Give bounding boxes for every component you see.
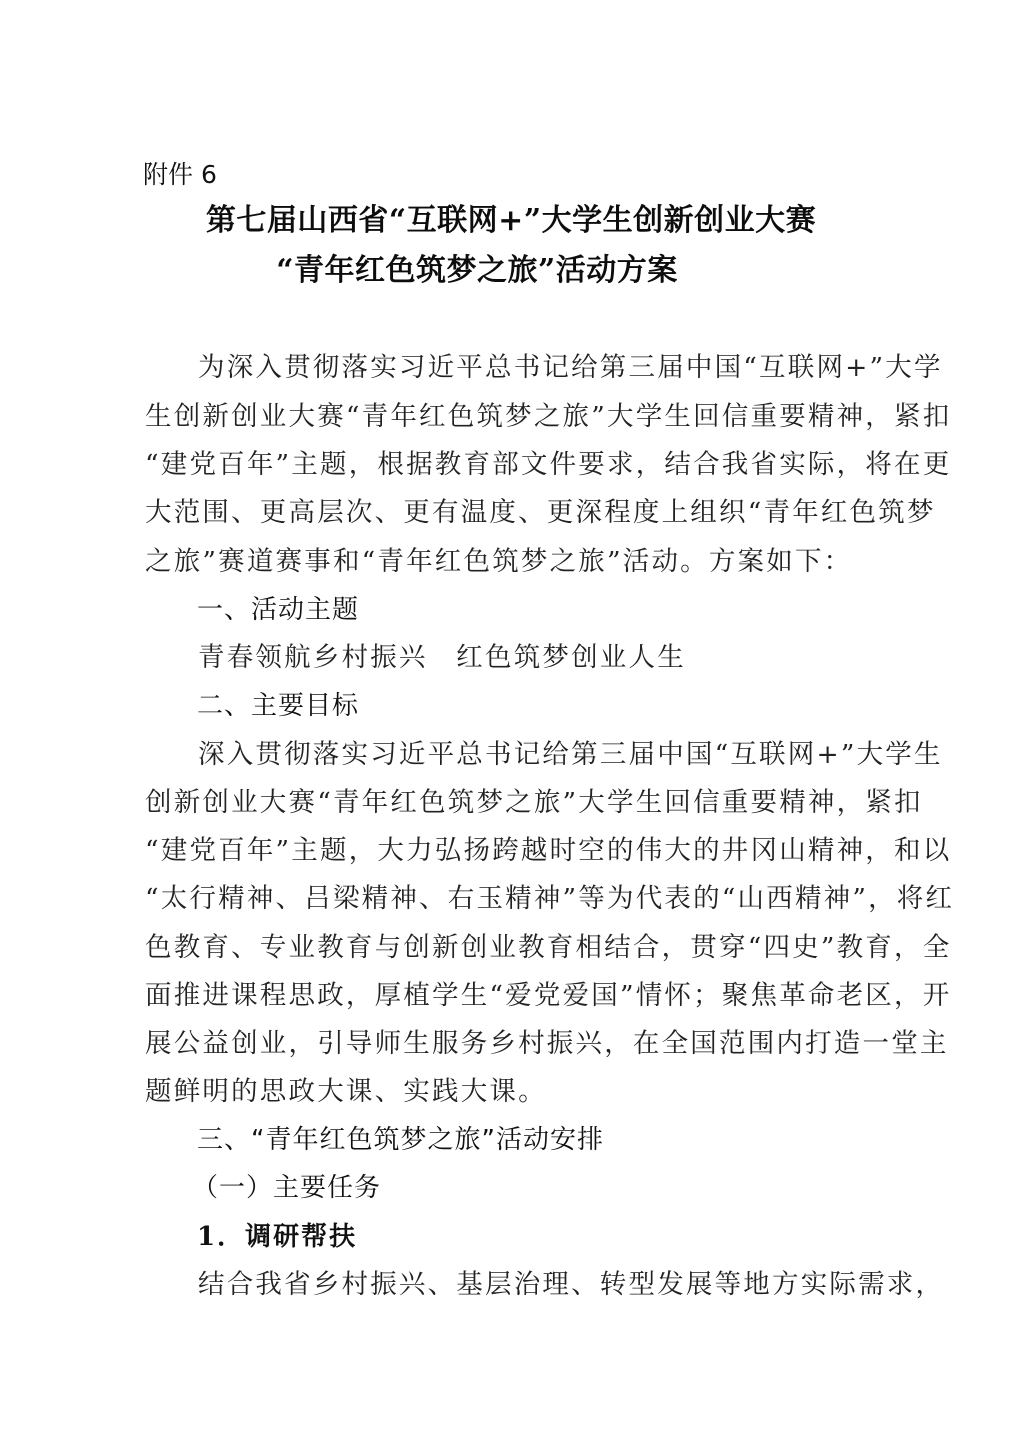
section-2-paragraph-line: 题鲜明的思政大课、实践大课。 bbox=[145, 1079, 547, 1106]
section-2-paragraph-line: 创新创业大赛“青年红色筑梦之旅”大学生回信重要精神，紧扣 bbox=[145, 790, 923, 817]
section-2-paragraph-line: 深入贯彻落实习近平总书记给第三届中国“互联网+”大学生 bbox=[198, 742, 943, 769]
item-1-heading: 1．调研帮扶 bbox=[197, 1224, 357, 1250]
item-1-text: 结合我省乡村振兴、基层治理、转型发展等地方实际需求， bbox=[198, 1272, 944, 1299]
intro-paragraph-line: 生创新创业大赛“青年红色筑梦之旅”大学生回信重要精神，紧扣 bbox=[145, 404, 951, 431]
document-title-line-2: “青年红色筑梦之旅”活动方案 bbox=[0, 256, 989, 286]
intro-paragraph-line: 为深入贯彻落实习近平总书记给第三届中国“互联网+”大学 bbox=[198, 355, 943, 382]
section-2-paragraph-line: 面推进课程思政，厚植学生“爱党爱国”情怀；聚焦革命老区，开 bbox=[145, 983, 951, 1010]
section-3-heading: 三、“青年红色筑梦之旅”活动安排 bbox=[197, 1127, 604, 1153]
attachment-label: 附件 6 bbox=[143, 162, 217, 187]
section-1-heading: 一、活动主题 bbox=[197, 597, 359, 623]
section-2-paragraph-line: 色教育、专业教育与创新创业教育相结合，贯穿“四史”教育，全 bbox=[145, 935, 951, 962]
intro-paragraph-line: 大范围、更高层次、更有温度、更深程度上组织“青年红色筑梦 bbox=[145, 500, 936, 527]
intro-paragraph-line: “建党百年”主题，根据教育部文件要求，结合我省实际，将在更 bbox=[145, 452, 951, 479]
document-page: 附件 6 第七届山西省“互联网+”大学生创新创业大赛 “青年红色筑梦之旅”活动方… bbox=[0, 0, 1024, 1448]
section-1-text: 青春领航乡村振兴 红色筑梦创业人生 bbox=[198, 645, 686, 672]
intro-paragraph-line: 之旅”赛道赛事和“青年红色筑梦之旅”活动。方案如下： bbox=[145, 549, 852, 576]
section-2-paragraph-line: “太行精神、吕梁精神、右玉精神”等为代表的“山西精神”，将红 bbox=[145, 886, 954, 913]
subsection-1-heading: （一）主要任务 bbox=[192, 1175, 381, 1201]
section-2-paragraph-line: “建党百年”主题，大力弘扬跨越时空的伟大的井冈山精神，和以 bbox=[145, 838, 951, 865]
document-title-line-1: 第七届山西省“互联网+”大学生创新创业大赛 bbox=[0, 206, 1023, 236]
section-2-heading: 二、主要目标 bbox=[197, 693, 359, 719]
section-2-paragraph-line: 展公益创业，引导师生服务乡村振兴，在全国范围内打造一堂主 bbox=[145, 1031, 949, 1058]
